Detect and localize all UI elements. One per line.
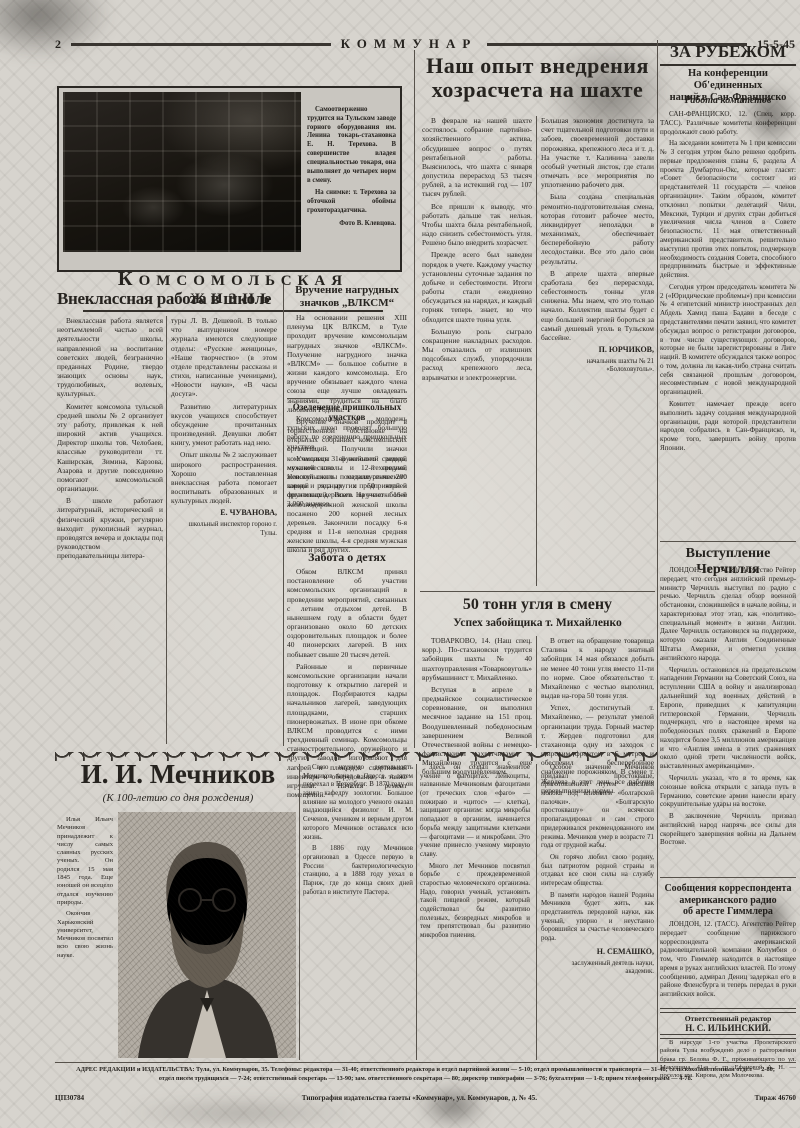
scan-smudge [418,1084,488,1128]
footer-rule [55,1062,796,1063]
portrait-engraving [118,812,296,1058]
headline-badges-line2: значков „ВЛКСМ“ [287,297,407,310]
paragraph: Комитет комсомола тульской средней школы… [57,402,163,494]
paragraph: Он горячо любил свою родину, был патриот… [541,854,654,889]
paragraph: Здесь он создал знаменитое учение о фаго… [420,764,530,860]
headline-children-care: Забота о детях [287,551,407,565]
paragraph: В 1886 году Мечников организовал в Одесс… [303,845,413,897]
photo-onpic-text: На снимке: т. Терехова за обточкой обойм… [307,189,396,215]
newspaper-page: 2 КОММУНАР 15-5-45 Самоотверженно трудит… [0,0,800,1128]
page-number: 2 [55,37,61,52]
photo-caption-text: Самоотверженно трудится на Тульском заво… [307,106,396,185]
paragraph: Опыт школы № 2 заслуживает широкого расп… [171,450,277,505]
paragraph: Прежде всего был наведен порядок в учете… [422,250,532,323]
mechnikov-portrait [118,812,296,1058]
mechnikov-colD: Особое значение Мечников придавал просто… [541,764,654,1060]
imprint-row: ЦП30784 Типография издательства газеты «… [55,1094,796,1102]
paragraph: Черчилль указал, что в то время, как сою… [660,774,796,809]
column-divider [416,764,417,1060]
paragraph: Большую роль сыграло сокращение накладны… [422,327,532,382]
subhead-mechnikov: (К 100-летию со дня рождения) [57,792,299,805]
court-notice: В нарсуде 1-го участка Пролетарского рай… [660,1039,796,1063]
coal-col2: В ответ на обращение товарища Сталина к … [541,636,654,748]
article-rule [420,591,655,592]
subhead-committees: Работа комитетов [660,95,796,107]
lathe-worker-photo [63,92,301,252]
subhead-coal: Успех забойщика т. Михайленко [420,617,655,630]
column-divider [166,316,167,744]
headline-himmler: Сообщения корреспондента американского р… [660,883,796,918]
school-article-col1: Внеклассная работа является неотъемлемой… [57,316,163,744]
headline-school-work: Внеклассная работа в школе [57,289,292,309]
paragraph: В апреле шахта впервые сработала без пер… [541,269,654,342]
paragraph: Внеклассная работа является неотъемлемой… [57,316,163,399]
masthead-title: КОММУНАР [341,36,478,52]
paragraph: Свою научную деятельность Мечников начал… [303,764,413,842]
column-divider [299,764,300,1060]
paragraph: Комитет намечает прежде всего выполнить … [660,400,796,453]
greening-article: Комсомольцы и молодежь тульских школ про… [287,414,407,544]
paragraph: Особое значение Мечников придавал просто… [541,764,654,851]
hozraschet-col2: Большая экономия достигнута за счет тщат… [541,116,654,586]
himmler-article: ЛОНДОН, 12. (ТАСС). Агентство Рейтер пер… [660,920,796,1008]
paragraph: В заключение Черчилль призвал английский… [660,812,796,847]
paragraph: ТОВАРКОВО, 14. (Наш спец. корр.). По-ста… [422,636,532,682]
headline-hozraschet-line2: хозрасчета на шахте [420,78,655,102]
address-line1: АДРЕС РЕДАКЦИИ и ИЗДАТЕЛЬСТВА: Тула, ул.… [55,1066,796,1075]
school-signature-role: школьный инспектор гороно г. Тулы. [171,521,277,538]
column-divider [283,284,284,746]
badges-article: На основании решения XIII пленума ЦК ВЛК… [287,313,407,395]
paragraph: Сегодня утром председатель комитета № 2 … [660,283,796,397]
address-line2: отдел писем трудящихся — 7-24; ответстве… [55,1075,796,1084]
mechnikov-colB: Свою научную деятельность Мечников начал… [303,764,413,1060]
school-article-col2: туры Л. В. Дешевой. В только что выпущен… [171,316,277,744]
article-rule [660,541,796,542]
hozraschet-signature-role: начальник шахты № 21 «Болоховуголь». [541,358,654,375]
headline-mechnikov: И. И. Мечников [57,760,299,788]
column-divider [414,50,415,748]
paragraph: Вступая в апреле в предмайское социалист… [422,685,532,777]
paragraph: туры Л. В. Дешевой. В только что выпущен… [171,316,277,399]
headline-hozraschet-line1: Наш опыт внедрения [420,54,655,78]
paragraph: Комсомольцы и молодежь тульских школ про… [287,414,407,451]
paragraph: На заседании комитета № 1 при комиссии №… [660,139,796,280]
paragraph: В школе работают литературный, историчес… [57,496,163,560]
paragraph: Большая экономия достигнута за счет тщат… [541,116,654,189]
headline-badges-line1: Вручение нагрудных [287,284,407,297]
mechnikov-colC: Здесь он создал знаменитое учение о фаго… [420,764,530,1060]
paragraph: Была создана специальная ремонтно-подгот… [541,192,654,265]
mechnikov-signature-role: заслуженный деятель науки, академик. [541,960,654,977]
mechnikov-colA: Илья Ильич Мечников принадлежит к числу … [57,816,113,1060]
headline-un-line1: На конференции Об'единенных [660,68,796,92]
headline-himmler-line3: об аресте Гиммлера [660,906,796,918]
article-rule [287,547,407,548]
paragraph: ЛОНДОН, 13. (ТАСС). Агентство Рейтер пер… [660,566,796,663]
double-rule [660,1008,796,1013]
un-conference-article: САН-ФРАНЦИСКО, 12. (Спец. корр. ТАСС). Р… [660,110,796,538]
paragraph: Илья Ильич Мечников принадлежит к числу … [57,816,113,907]
school-signature-name: Е. ЧУВАНОВА, [171,508,277,518]
printer-imprint: Типография издательства газеты «Коммунар… [302,1094,537,1102]
paragraph: Учащиеся 31-й неполной средней мужской ш… [287,454,407,555]
headline-coal: 50 тонн угля в смену [420,596,655,614]
editorial-address: АДРЕС РЕДАКЦИИ и ИЗДАТЕЛЬСТВА: Тула, ул.… [55,1066,796,1083]
paragraph: В памяти народов нашей Родины Мечников б… [541,892,654,944]
section-banner-abroad: ЗА РУБЕЖОМ [660,42,796,66]
mechnikov-signature-name: Н. СЕМАШКО, [541,947,654,957]
editor-label: Ответственный редактор [660,1014,796,1023]
headline-himmler-line2: американского радио [660,895,796,907]
print-code: ЦП30784 [55,1094,84,1102]
paragraph: В ответ на обращение товарища Сталина к … [541,636,654,700]
churchill-article: ЛОНДОН, 13. (ТАСС). Агентство Рейтер пер… [660,566,796,874]
paragraph: Обком ВЛКСМ принял постановление об учас… [287,567,407,659]
column-divider [536,636,537,748]
coal-col1: ТОВАРКОВО, 14. (Наш спец. корр.). По-ста… [422,636,532,748]
headline-hozraschet: Наш опыт внедрения хозрасчета на шахте [420,54,655,102]
headline-badges: Вручение нагрудных значков „ВЛКСМ“ [287,284,407,309]
paragraph: ЛОНДОН, 12. (ТАСС). Агентство Рейтер пер… [660,920,796,999]
paragraph: Развитию литературных вкусов учащихся сп… [171,402,277,448]
children-care-article: Обком ВЛКСМ принял постановление об учас… [287,567,407,743]
column-divider [657,40,658,1062]
photo-credit: Фото В. Клевцова. [307,220,396,229]
paragraph: Все пришли к выводу, что работать дальше… [422,202,532,248]
editor-name: Н. С. ИЛЬИНСКИЙ. [660,1023,796,1033]
headline-himmler-line1: Сообщения корреспондента [660,883,796,895]
circulation: Тираж 46760 [755,1094,796,1102]
article-rule [660,877,796,878]
paragraph: Много лет Мечников посвятил борьбе с пре… [420,863,530,941]
paragraph: Окончив Харьковский университет, Мечнико… [57,910,113,960]
paragraph: САН-ФРАНЦИСКО, 12. (Спец. корр. ТАСС). Р… [660,110,796,136]
hozraschet-col1: В феврале на нашей шахте состоялось собр… [422,116,532,586]
photo-block: Самоотверженно трудится на Тульском заво… [57,86,402,272]
hozraschet-signature-name: П. ЮРЧИКОВ, [541,345,654,355]
paragraph: В феврале на нашей шахте состоялось собр… [422,116,532,199]
column-divider [536,764,537,1060]
column-divider [536,116,537,586]
photo-caption: Самоотверженно трудится на Тульском заво… [307,92,396,266]
header-rule-left [71,43,331,46]
article-rule [287,398,407,399]
paragraph: Черчилль остановился на предательском на… [660,666,796,771]
